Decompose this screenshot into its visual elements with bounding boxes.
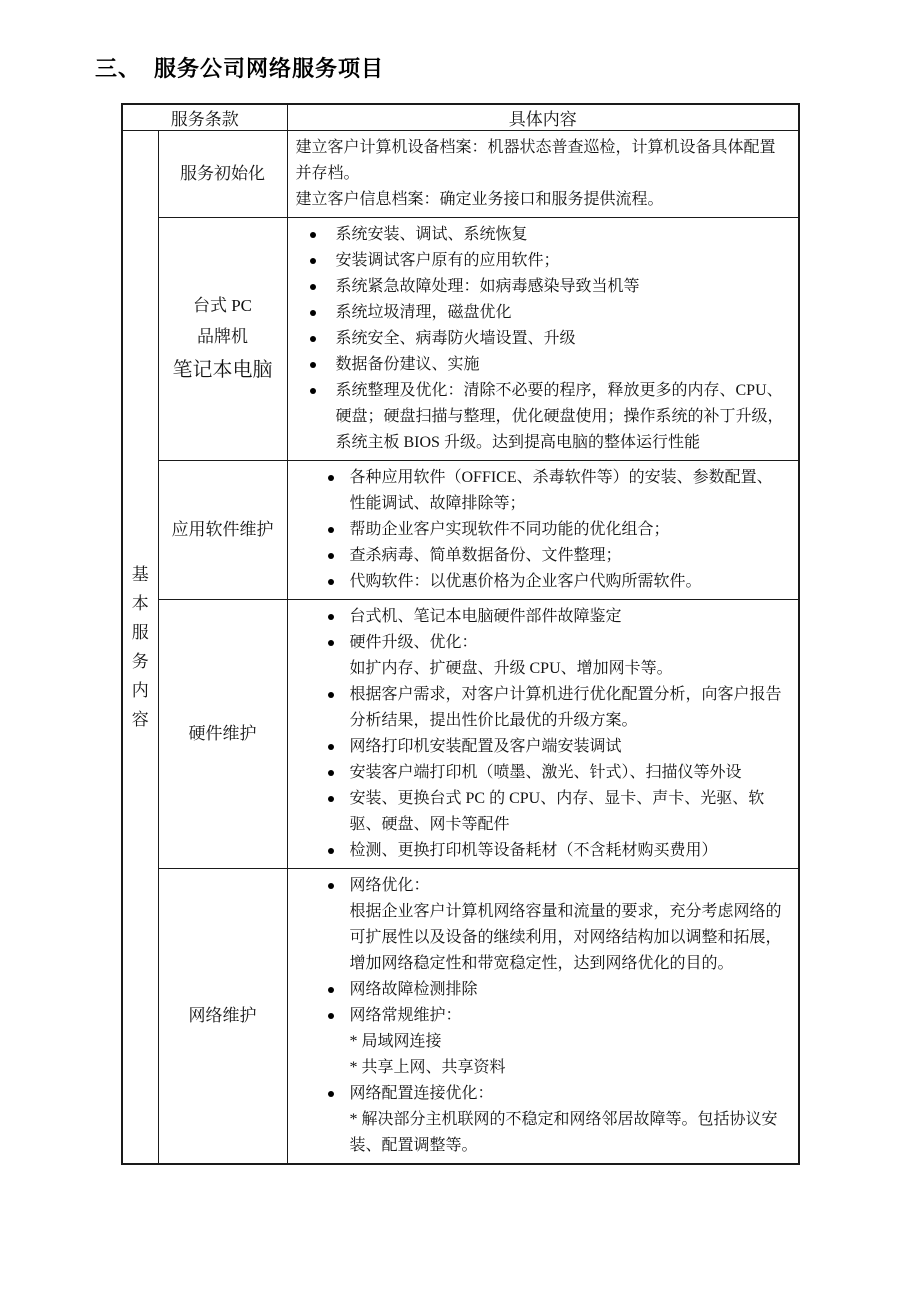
row-network-maintenance: 网络维护 网络优化： 根据企业客户计算机网络容量和流量的要求，充分考虑网络的可扩… <box>122 869 799 1165</box>
row-service-init: 基本服务内容 服务初始化 建立客户计算机设备档案：机器状态普查巡检，计算机设备具… <box>122 131 799 218</box>
bullet-item: 安装客户端打印机（喷墨、激光、针式）、扫描仪等外设 <box>296 760 789 786</box>
detail-cell-pc: 系统安装、调试、系统恢复 安装调试客户原有的应用软件； 系统紧急故障处理：如病毒… <box>287 218 799 461</box>
category-label: 硬件维护 <box>159 723 287 745</box>
bullet-item: 网络故障检测排除 <box>296 977 789 1003</box>
category-label: 服务初始化 <box>159 163 287 185</box>
header-details: 具体内容 <box>287 104 799 131</box>
page-title: 三、 服务公司网络服务项目 <box>95 52 384 83</box>
category-cell-hardware: 硬件维护 <box>158 600 287 869</box>
row-pc-maintenance: 台式 PC 品牌机 笔记本电脑 系统安装、调试、系统恢复 安装调试客户原有的应用… <box>122 218 799 461</box>
category-label: 笔记本电脑 <box>159 357 287 383</box>
bullet-item: 数据备份建议、实施 <box>296 352 789 378</box>
category-label: 应用软件维护 <box>159 519 287 541</box>
bullet-item: 网络打印机安装配置及客户端安装调试 <box>296 734 789 760</box>
detail-cell-service-init: 建立客户计算机设备档案：机器状态普查巡检，计算机设备具体配置并存档。 建立客户信… <box>287 131 799 218</box>
bullet-item: 帮助企业客户实现软件不同功能的优化组合； <box>296 517 789 543</box>
bullet-item: 网络配置连接优化： <box>296 1081 789 1107</box>
table-header-row: 服务条款 具体内容 <box>122 104 799 131</box>
bullet-item: 系统垃圾清理，磁盘优化 <box>296 300 789 326</box>
detail-paragraph: 建立客户计算机设备档案：机器状态普查巡检，计算机设备具体配置并存档。 <box>296 135 789 187</box>
bullet-item: 代购软件：以优惠价格为企业客户代购所需软件。 <box>296 569 789 595</box>
sub-item: * 局域网连接 <box>296 1029 789 1055</box>
bullet-item: 安装、更换台式 PC 的 CPU、内存、显卡、声卡、光驱、软驱、硬盘、网卡等配件 <box>296 786 789 838</box>
detail-cell-network: 网络优化： 根据企业客户计算机网络容量和流量的要求，充分考虑网络的可扩展性以及设… <box>287 869 799 1165</box>
bullet-item: 查杀病毒、简单数据备份、文件整理； <box>296 543 789 569</box>
bullet-item: 各种应用软件（OFFICE、杀毒软件等）的安装、参数配置、性能调试、故障排除等； <box>296 465 789 517</box>
bullet-item: 硬件升级、优化： <box>296 630 789 656</box>
row-hardware-maintenance: 硬件维护 台式机、笔记本电脑硬件部件故障鉴定 硬件升级、优化： 如扩内存、扩硬盘… <box>122 600 799 869</box>
bullet-item: 根据客户需求，对客户计算机进行优化配置分析，向客户报告分析结果，提出性价比最优的… <box>296 682 789 734</box>
sub-item: * 解决部分主机联网的不稳定和网络邻居故障等。包括协议安装、配置调整等。 <box>296 1107 789 1159</box>
category-cell-network: 网络维护 <box>158 869 287 1165</box>
sub-item: 如扩内存、扩硬盘、升级 CPU、增加网卡等。 <box>296 656 789 682</box>
category-label: 网络维护 <box>159 1005 287 1027</box>
bullet-item: 系统紧急故障处理：如病毒感染导致当机等 <box>296 274 789 300</box>
bullet-item: 系统安全、病毒防火墙设置、升级 <box>296 326 789 352</box>
category-cell-software: 应用软件维护 <box>158 461 287 600</box>
bullet-item: 检测、更换打印机等设备耗材（不含耗材购买费用） <box>296 838 789 864</box>
sub-item: 根据企业客户计算机网络容量和流量的要求，充分考虑网络的可扩展性以及设备的继续利用… <box>296 899 789 977</box>
side-label: 基本服务内容 <box>131 560 149 734</box>
sub-item: * 共享上网、共享资料 <box>296 1055 789 1081</box>
bullet-item: 网络优化： <box>296 873 789 899</box>
category-label: 台式 PC <box>159 295 287 317</box>
service-items-table: 服务条款 具体内容 基本服务内容 服务初始化 建立客户计算机设备档案：机器状态普… <box>121 103 800 1165</box>
category-label: 品牌机 <box>159 326 287 348</box>
detail-cell-software: 各种应用软件（OFFICE、杀毒软件等）的安装、参数配置、性能调试、故障排除等；… <box>287 461 799 600</box>
row-software-maintenance: 应用软件维护 各种应用软件（OFFICE、杀毒软件等）的安装、参数配置、性能调试… <box>122 461 799 600</box>
bullet-item: 台式机、笔记本电脑硬件部件故障鉴定 <box>296 604 789 630</box>
side-label-cell: 基本服务内容 <box>122 131 158 1165</box>
bullet-item: 网络常规维护： <box>296 1003 789 1029</box>
detail-cell-hardware: 台式机、笔记本电脑硬件部件故障鉴定 硬件升级、优化： 如扩内存、扩硬盘、升级 C… <box>287 600 799 869</box>
header-service-terms: 服务条款 <box>122 104 287 131</box>
document-page: 三、 服务公司网络服务项目 服务条款 具体内容 基本服务内容 服务初始化 建立客… <box>0 0 920 1302</box>
category-cell-service-init: 服务初始化 <box>158 131 287 218</box>
bullet-item: 系统整理及优化：清除不必要的程序，释放更多的内存、CPU、硬盘；硬盘扫描与整理，… <box>296 378 789 456</box>
category-cell-pc: 台式 PC 品牌机 笔记本电脑 <box>158 218 287 461</box>
bullet-item: 系统安装、调试、系统恢复 <box>296 222 789 248</box>
detail-paragraph: 建立客户信息档案：确定业务接口和服务提供流程。 <box>296 187 789 213</box>
bullet-item: 安装调试客户原有的应用软件； <box>296 248 789 274</box>
